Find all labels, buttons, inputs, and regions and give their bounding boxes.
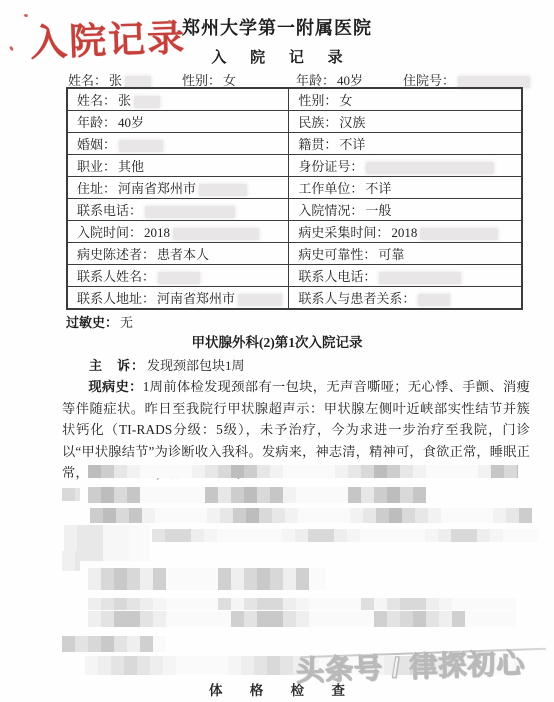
allergy-value: 无 <box>120 315 133 330</box>
redaction-patch <box>119 140 163 152</box>
redaction-patch <box>420 228 498 240</box>
redaction-patch <box>418 294 450 306</box>
cell-phone: 联系电话： <box>67 199 289 221</box>
chief-complaint-value: 发现颈部包块1周 <box>147 358 245 373</box>
summary-name-label: 姓名： <box>68 73 107 88</box>
summary-age-value: 40岁 <box>337 73 363 88</box>
cell-contact-phone: 联系人电话： <box>289 265 522 287</box>
cell-sex: 性别：女 <box>289 88 522 111</box>
summary-age-label: 年龄： <box>296 73 335 88</box>
cell-contact-relation: 联系人与患者关系： <box>289 287 522 310</box>
redaction-patch <box>158 272 200 284</box>
patient-info-table: 姓名：张 性别：女 年龄：40岁 民族：汉族 婚姻： 籍贯：不详 职业：其他 身… <box>66 87 523 310</box>
cell-ethnicity: 民族：汉族 <box>289 111 522 133</box>
cell-marital: 婚姻： <box>67 133 289 155</box>
cell-contact-name: 联系人姓名： <box>67 265 289 287</box>
cell-admission-condition: 入院情况：一般 <box>289 199 522 221</box>
hospital-name: 郑州大学第一附属医院 <box>0 14 554 40</box>
cell-contact-address: 联系人地址：河南省郑州市 <box>67 287 289 310</box>
table-row: 住址：河南省郑州市 工作单位：不详 <box>67 177 522 199</box>
cell-name: 姓名：张 <box>67 88 289 111</box>
table-row: 病史陈述者：患者本人 病史可靠性：可靠 <box>67 243 522 265</box>
cell-occupation: 职业：其他 <box>67 155 289 177</box>
table-row: 联系电话： 入院情况：一般 <box>67 199 522 221</box>
record-section-title: 甲状腺外科(2)第1次入院记录 <box>0 331 554 351</box>
table-row: 联系人地址：河南省郑州市 联系人与患者关系： <box>67 287 522 310</box>
mosaic-strip <box>152 529 538 542</box>
summary-sex-label: 性别： <box>182 73 221 88</box>
table-row: 职业：其他 身份证号： <box>67 155 522 177</box>
redaction-patch <box>199 184 247 196</box>
cell-history-collect-time: 病史采集时间：2018 <box>289 221 522 243</box>
table-row: 入院时间：2018 病史采集时间：2018 <box>67 221 522 243</box>
mosaic-strip <box>62 551 80 571</box>
mosaic-strip <box>62 636 166 652</box>
cell-admission-time: 入院时间：2018 <box>67 221 289 243</box>
mosaic-strip <box>88 487 426 503</box>
chief-complaint-label: 主 诉： <box>89 358 145 373</box>
redaction-patch <box>379 272 461 284</box>
redaction-patch <box>145 206 235 218</box>
mosaic-strip <box>62 488 80 501</box>
mosaic-strip <box>88 611 516 627</box>
cell-native-place: 籍贯：不详 <box>289 133 522 155</box>
redaction-patch <box>173 228 259 240</box>
table-row: 联系人姓名： 联系人电话： <box>67 265 522 287</box>
summary-sex-value: 女 <box>223 73 236 88</box>
allergy-label: 过敏史： <box>66 315 118 330</box>
document-title: 入 院 记 录 <box>0 46 554 67</box>
cell-employer: 工作单位：不详 <box>289 177 522 199</box>
mosaic-strip <box>88 568 326 590</box>
cell-age: 年龄：40岁 <box>67 111 289 133</box>
redaction-patch <box>366 162 494 174</box>
admission-record-scan: 入院记录 郑州大学第一附属医院 入 院 记 录 姓名：张 性别：女 年龄：40岁… <box>0 0 554 702</box>
table-row: 姓名：张 性别：女 <box>67 88 522 111</box>
cell-address: 住址：河南省郑州市 <box>67 177 289 199</box>
redaction-patch <box>238 294 282 306</box>
chief-complaint-line: 主 诉：发现颈部包块1周 <box>89 355 245 374</box>
mosaic-strip <box>88 598 516 610</box>
summary-name-value: 张 <box>109 73 122 88</box>
redaction-patch <box>134 96 160 108</box>
present-illness-label: 现病史： <box>88 379 142 394</box>
cell-history-reliability: 病史可靠性：可靠 <box>289 243 522 265</box>
table-row: 年龄：40岁 民族：汉族 <box>67 111 522 133</box>
mosaic-strip <box>88 465 518 478</box>
allergy-history-line: 过敏史：无 <box>66 312 133 331</box>
summary-hospital-no-label: 住院号： <box>403 73 455 88</box>
table-row: 婚姻： 籍贯：不详 <box>67 133 522 155</box>
mosaic-strip <box>90 508 532 523</box>
cell-history-narrator: 病史陈述者：患者本人 <box>67 243 289 265</box>
cell-id-number: 身份证号： <box>289 155 522 177</box>
